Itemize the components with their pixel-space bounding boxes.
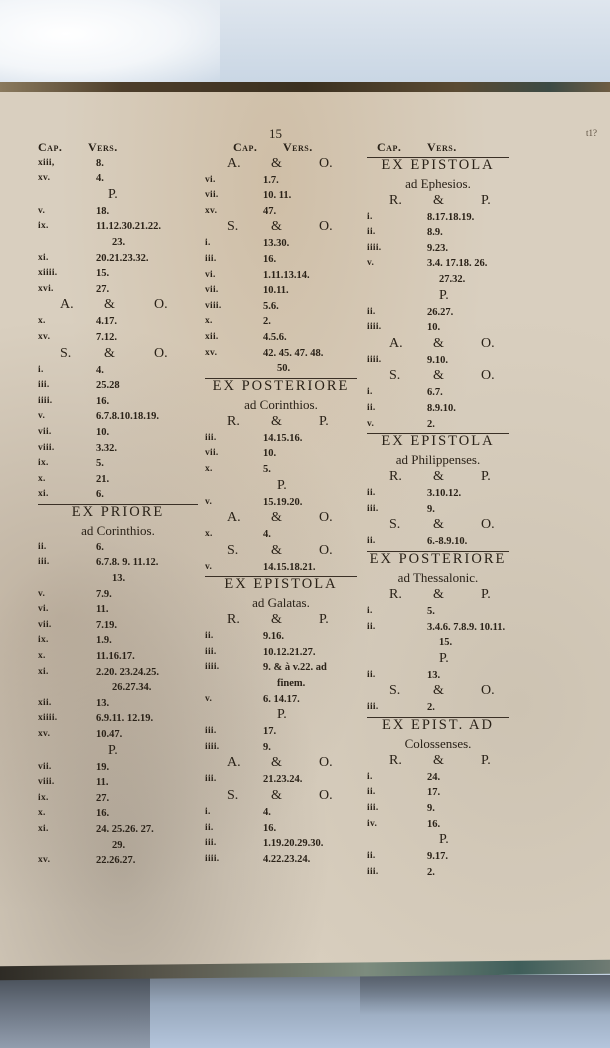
verse-list: 5. (96, 456, 104, 472)
verse-list: 6.7.8. 9. 11.12. (96, 555, 158, 571)
index-entry: iii.16. (205, 252, 357, 268)
category-a: A. (227, 510, 241, 526)
category-b: O. (481, 336, 495, 352)
verse-list: 6. (96, 540, 104, 556)
index-entry: ix.1.9. (38, 633, 198, 649)
verse-list: 3.4.6. 7.8.9. 10.11. (427, 620, 505, 636)
chapter-numeral: xi. (38, 822, 49, 838)
index-entry: i.24. (367, 770, 509, 786)
section-title: EX EPISTOLA (367, 158, 509, 176)
category-b: O. (481, 368, 495, 384)
chapter-numeral: v. (367, 417, 374, 433)
index-entry: v.18. (38, 204, 198, 220)
chapter-numeral: v. (367, 256, 374, 272)
index-entry: ii.3.10.12. (367, 486, 509, 502)
category-a: A. (227, 156, 241, 172)
chapter-numeral: ix. (38, 633, 49, 649)
chapter-numeral: ii. (367, 225, 376, 241)
category-a: S. (60, 346, 71, 362)
section-title: EX PRIORE (38, 505, 198, 523)
category-b: P. (319, 612, 329, 628)
verse-list: 16. (263, 252, 276, 268)
verse-list: 9. (427, 801, 435, 817)
category-a: R. (389, 193, 402, 209)
category-heading: S.&O. (205, 543, 357, 560)
verse-list: 6.7. (427, 385, 443, 401)
chapter-numeral: viii. (38, 775, 55, 791)
verse-list: 47. (263, 204, 276, 220)
ampersand: & (271, 612, 282, 628)
verse-list: 16. (96, 394, 109, 410)
verse-list-continued: 26.27.34. (112, 680, 151, 696)
index-entry: xiii,8. (38, 156, 198, 172)
chapter-numeral: xvi. (38, 282, 54, 298)
chapter-numeral: ii. (367, 668, 376, 684)
ampersand: & (271, 414, 282, 430)
verse-continuation: 29. (38, 838, 198, 854)
section-subtitle: ad Corinthios. (205, 397, 357, 414)
verse-list: 10. (96, 425, 109, 441)
chapter-numeral: xv. (38, 171, 50, 187)
index-column-left: Cap.Vers.xiii,8.xv.4.P.v.18.ix.11.12.30.… (38, 140, 198, 869)
chapter-numeral: v. (205, 560, 212, 576)
chapter-numeral: x. (38, 314, 46, 330)
section-title: EX POSTERIORE (367, 552, 509, 570)
verse-list: 27. (96, 282, 109, 298)
chapter-numeral: iiii. (205, 852, 219, 868)
chapter-numeral: ii. (367, 849, 376, 865)
index-entry: ii.9.17. (367, 849, 509, 865)
verse-list-continued: 29. (112, 838, 125, 854)
vers-header: Vers. (88, 140, 118, 156)
index-entry: iii.17. (205, 724, 357, 740)
index-entry: v.6.7.8.10.18.19. (38, 409, 198, 425)
verse-list: 27. (96, 791, 109, 807)
category-a: S. (389, 683, 400, 699)
index-entry: iii.10.12.21.27. (205, 645, 357, 661)
index-entry: viii.3.32. (38, 441, 198, 457)
index-entry: xi.24. 25.26. 27. (38, 822, 198, 838)
verse-list: 15. (96, 266, 109, 282)
verse-list: 16. (263, 821, 276, 837)
verse-list: 9.10. (427, 353, 448, 369)
category-heading-single: P. (367, 288, 509, 305)
category-heading: R.&P. (367, 193, 509, 210)
index-entry: i.8.17.18.19. (367, 210, 509, 226)
category-heading: A.&O. (205, 156, 357, 173)
chapter-numeral: xv. (38, 330, 50, 346)
ampersand: & (433, 336, 444, 352)
index-entry: xii.13. (38, 696, 198, 712)
index-entry: xi.20.21.23.32. (38, 251, 198, 267)
chapter-numeral: ii. (367, 620, 376, 636)
index-entry: ii.13. (367, 668, 509, 684)
column-header: Cap.Vers. (367, 140, 509, 156)
category-b: P. (481, 587, 491, 603)
verse-continuation: 26.27.34. (38, 680, 198, 696)
chapter-numeral: iiii. (367, 320, 381, 336)
chapter-numeral: v. (38, 204, 45, 220)
category-label: P. (108, 743, 118, 759)
verse-list: 24. 25.26. 27. (96, 822, 154, 838)
verse-list: 4. (96, 171, 104, 187)
chapter-numeral: x. (38, 806, 46, 822)
category-a: A. (60, 297, 74, 313)
verse-list: 10. (263, 446, 276, 462)
category-heading: A.&O. (205, 510, 357, 527)
category-b: O. (319, 156, 333, 172)
verse-list: 1.11.13.14. (263, 268, 310, 284)
verse-list: 4. (96, 363, 104, 379)
category-b: P. (319, 414, 329, 430)
verse-list: 16. (96, 806, 109, 822)
verse-list-continued: 13. (112, 571, 125, 587)
chapter-numeral: vii. (205, 188, 219, 204)
verse-list: 20.21.23.32. (96, 251, 149, 267)
verse-list-continued: 23. (112, 235, 125, 251)
chapter-numeral: ii. (367, 785, 376, 801)
chapter-numeral: iii. (367, 801, 379, 817)
index-column-middle: Cap.Vers.A.&O.vi.1.7.vii.10. 11.xv.47.S.… (205, 140, 357, 867)
category-label: P. (277, 707, 287, 723)
index-entry: vii.7.19. (38, 618, 198, 634)
category-heading-single: P. (205, 707, 357, 724)
category-a: S. (227, 543, 238, 559)
verse-list: 17. (263, 724, 276, 740)
category-heading: R.&P. (205, 414, 357, 431)
category-b: O. (319, 510, 333, 526)
ampersand: & (433, 753, 444, 769)
chapter-numeral: ii. (367, 401, 376, 417)
index-entry: vi.11. (38, 602, 198, 618)
index-entry: xv.22.26.27. (38, 853, 198, 869)
chapter-numeral: i. (367, 604, 373, 620)
column-header: Cap.Vers. (38, 140, 198, 156)
book-page: 15 t1? Cap.Vers.xiii,8.xv.4.P.v.18.ix.11… (0, 92, 610, 967)
category-a: S. (227, 788, 238, 804)
category-b: O. (481, 517, 495, 533)
verse-list: 10. (427, 320, 440, 336)
ampersand: & (433, 193, 444, 209)
chapter-numeral: ii. (205, 821, 214, 837)
index-entry: i.4. (38, 363, 198, 379)
index-entry: vii.10. 11. (205, 188, 357, 204)
chapter-numeral: ii. (367, 305, 376, 321)
verse-list: 5. (427, 604, 435, 620)
chapter-numeral: ii. (367, 486, 376, 502)
ampersand: & (104, 346, 115, 362)
category-heading: R.&P. (367, 753, 509, 770)
category-heading: R.&P. (367, 587, 509, 604)
column-header: Cap.Vers. (205, 140, 357, 156)
chapter-numeral: x. (205, 314, 213, 330)
verse-list: 6. 14.17. (263, 692, 300, 708)
verse-list: 9.17. (427, 849, 448, 865)
chapter-numeral: iiii. (205, 660, 219, 676)
chapter-numeral: xiii, (38, 156, 55, 172)
index-entry: xv.47. (205, 204, 357, 220)
section-title: EX EPIST. AD (367, 718, 509, 736)
category-a: S. (227, 219, 238, 235)
chapter-numeral: xv. (38, 727, 50, 743)
index-entry: x.11.16.17. (38, 649, 198, 665)
verse-list: 24. (427, 770, 440, 786)
verse-list: 42. 45. 47. 48. (263, 346, 323, 362)
index-entry: iv.16. (367, 817, 509, 833)
chapter-numeral: iii. (205, 724, 217, 740)
chapter-numeral: vii. (38, 618, 52, 634)
verse-list-continued: 27.32. (439, 272, 465, 288)
verse-continuation: 13. (38, 571, 198, 587)
index-entry: ix.27. (38, 791, 198, 807)
index-entry: iii.6.7.8. 9. 11.12. (38, 555, 198, 571)
ampersand: & (271, 156, 282, 172)
chapter-numeral: iv. (367, 817, 377, 833)
category-a: R. (389, 753, 402, 769)
category-heading-single: P. (367, 651, 509, 668)
verse-list: 21.23.24. (263, 772, 302, 788)
chapter-numeral: xii. (205, 330, 219, 346)
chapter-numeral: xiiii. (38, 266, 57, 282)
background-surface (0, 975, 610, 1048)
chapter-numeral: iii. (367, 700, 379, 716)
verse-list: 13.30. (263, 236, 289, 252)
index-entry: iii.1.19.20.29.30. (205, 836, 357, 852)
chapter-numeral: v. (38, 409, 45, 425)
verse-list-continued: finem. (277, 676, 305, 692)
category-b: O. (481, 683, 495, 699)
verse-continuation: 15. (367, 635, 509, 651)
category-b: O. (319, 219, 333, 235)
index-entry: x.2. (205, 314, 357, 330)
index-entry: ii.8.9.10. (367, 401, 509, 417)
index-entry: xiiii.6.9.11. 12.19. (38, 711, 198, 727)
category-a: A. (227, 755, 241, 771)
verse-list: 26.27. (427, 305, 453, 321)
index-entry: x.4. (205, 527, 357, 543)
chapter-numeral: vi. (205, 173, 216, 189)
chapter-numeral: xi. (38, 251, 49, 267)
category-b: O. (154, 346, 168, 362)
verse-list: 1.19.20.29.30. (263, 836, 323, 852)
ampersand: & (433, 368, 444, 384)
chapter-numeral: xv. (205, 346, 217, 362)
index-entry: iii.9. (367, 801, 509, 817)
verse-list: 10. 11. (263, 188, 291, 204)
index-entry: ii.26.27. (367, 305, 509, 321)
verse-list: 6. (96, 487, 104, 503)
verse-list: 2. (427, 417, 435, 433)
chapter-numeral: iiii. (38, 394, 52, 410)
chapter-numeral: iii. (205, 645, 217, 661)
category-heading: S.&O. (38, 346, 198, 363)
category-b: O. (319, 543, 333, 559)
verse-list: 3.32. (96, 441, 117, 457)
ampersand: & (433, 517, 444, 533)
verse-list: 2. (263, 314, 271, 330)
verse-list: 2. (427, 700, 435, 716)
verse-list: 9. (263, 740, 271, 756)
ampersand: & (271, 219, 282, 235)
verse-list: 3.4. 17.18. 26. (427, 256, 487, 272)
cap-header: Cap. (38, 140, 62, 156)
chapter-numeral: i. (367, 210, 373, 226)
chapter-numeral: xi. (38, 487, 49, 503)
verse-list: 6.-8.9.10. (427, 534, 467, 550)
chapter-numeral: iii. (38, 555, 50, 571)
chapter-numeral: iii. (38, 378, 50, 394)
shadow (360, 975, 610, 1015)
verse-list: 5. (263, 462, 271, 478)
index-entry: ii.3.4.6. 7.8.9. 10.11. (367, 620, 509, 636)
index-entry: xv.4. (38, 171, 198, 187)
verse-list: 14.15.16. (263, 431, 302, 447)
verse-list: 5.6. (263, 299, 279, 315)
index-entry: i.13.30. (205, 236, 357, 252)
index-entry: viii.5.6. (205, 299, 357, 315)
verse-list: 4. (263, 805, 271, 821)
chapter-numeral: i. (367, 385, 373, 401)
verse-list: 4.17. (96, 314, 117, 330)
verse-continuation: 50. (205, 361, 357, 377)
vers-header: Vers. (283, 140, 313, 156)
category-b: P. (481, 193, 491, 209)
index-entry: ix.11.12.30.21.22. (38, 219, 198, 235)
chapter-numeral: ix. (38, 456, 49, 472)
index-entry: v.2. (367, 417, 509, 433)
ampersand: & (271, 755, 282, 771)
chapter-numeral: x. (205, 462, 213, 478)
chapter-numeral: iii. (205, 431, 217, 447)
index-entry: vi.1.7. (205, 173, 357, 189)
index-entry: iii.25.28 (38, 378, 198, 394)
chapter-numeral: iiii. (205, 740, 219, 756)
verse-list: 9.16. (263, 629, 284, 645)
verse-list: 19. (96, 760, 109, 776)
index-entry: i.6.7. (367, 385, 509, 401)
index-entry: vii.19. (38, 760, 198, 776)
verse-list: 11.12.30.21.22. (96, 219, 161, 235)
chapter-numeral: iiii. (367, 241, 381, 257)
verse-list: 8.9.10. (427, 401, 456, 417)
chapter-numeral: vii. (205, 446, 219, 462)
vers-header: Vers. (427, 140, 457, 156)
section-subtitle: ad Philippenses. (367, 452, 509, 469)
category-heading: R.&P. (205, 612, 357, 629)
chapter-numeral: iii. (205, 836, 217, 852)
category-heading: S.&O. (367, 517, 509, 534)
verse-list: 17. (427, 785, 440, 801)
verse-list: 3.10.12. (427, 486, 461, 502)
verse-list: 8.17.18.19. (427, 210, 474, 226)
verse-list: 13. (96, 696, 109, 712)
index-entry: ii.6.-8.9.10. (367, 534, 509, 550)
section-subtitle: ad Thessalonic. (367, 570, 509, 587)
chapter-numeral: v. (205, 692, 212, 708)
chapter-numeral: x. (205, 527, 213, 543)
category-a: A. (389, 336, 403, 352)
category-heading-single: P. (38, 187, 198, 204)
cap-header: Cap. (233, 140, 257, 156)
index-entry: ii.17. (367, 785, 509, 801)
index-entry: vi.1.11.13.14. (205, 268, 357, 284)
category-heading-single: P. (205, 478, 357, 495)
category-label: P. (439, 288, 449, 304)
verse-list: 18. (96, 204, 109, 220)
index-entry: v.15.19.20. (205, 495, 357, 511)
category-heading-single: P. (367, 832, 509, 849)
verse-list: 1.7. (263, 173, 279, 189)
ampersand: & (433, 587, 444, 603)
index-entry: xi.6. (38, 487, 198, 503)
index-entry: x.21. (38, 472, 198, 488)
category-b: P. (481, 469, 491, 485)
section-subtitle: ad Ephesios. (367, 176, 509, 193)
chapter-numeral: i. (205, 236, 211, 252)
chapter-numeral: ii. (205, 629, 214, 645)
verse-list: 1.9. (96, 633, 112, 649)
index-entry: xv.10.47. (38, 727, 198, 743)
index-entry: ii.8.9. (367, 225, 509, 241)
cap-header: Cap. (377, 140, 401, 156)
category-a: S. (389, 517, 400, 533)
verse-list-continued: 50. (277, 361, 290, 377)
category-heading: R.&P. (367, 469, 509, 486)
index-entry: x.16. (38, 806, 198, 822)
background-glare (0, 0, 220, 85)
category-a: S. (389, 368, 400, 384)
chapter-numeral: xiiii. (38, 711, 57, 727)
verse-list: 10.11. (263, 283, 289, 299)
verse-list: 11. (96, 775, 109, 791)
chapter-numeral: iii. (367, 865, 379, 881)
verse-list: 7.9. (96, 587, 112, 603)
index-entry: ii.6. (38, 540, 198, 556)
verse-list: 8.9. (427, 225, 443, 241)
ampersand: & (271, 543, 282, 559)
index-entry: iiii.9.10. (367, 353, 509, 369)
ampersand: & (271, 510, 282, 526)
verse-list: 15.19.20. (263, 495, 302, 511)
category-b: O. (319, 755, 333, 771)
ampersand: & (271, 788, 282, 804)
chapter-numeral: i. (205, 805, 211, 821)
index-entry: xiiii.15. (38, 266, 198, 282)
category-a: R. (227, 612, 240, 628)
verse-continuation: finem. (205, 676, 357, 692)
index-entry: vii.10. (205, 446, 357, 462)
chapter-numeral: vi. (205, 268, 216, 284)
verse-continuation: 23. (38, 235, 198, 251)
chapter-numeral: iii. (367, 502, 379, 518)
index-entry: x.4.17. (38, 314, 198, 330)
index-entry: v.7.9. (38, 587, 198, 603)
index-entry: iiii.9.23. (367, 241, 509, 257)
index-entry: xii.4.5.6. (205, 330, 357, 346)
category-label: P. (439, 651, 449, 667)
category-a: R. (389, 469, 402, 485)
chapter-numeral: iii. (205, 252, 217, 268)
section-title: EX EPISTOLA (367, 434, 509, 452)
index-entry: ii.16. (205, 821, 357, 837)
index-entry: v.14.15.18.21. (205, 560, 357, 576)
category-heading-single: P. (38, 743, 198, 760)
chapter-numeral: x. (38, 472, 46, 488)
shadow (0, 975, 150, 1048)
section-title: EX POSTERIORE (205, 379, 357, 397)
category-heading: A.&O. (367, 336, 509, 353)
verse-continuation: 27.32. (367, 272, 509, 288)
